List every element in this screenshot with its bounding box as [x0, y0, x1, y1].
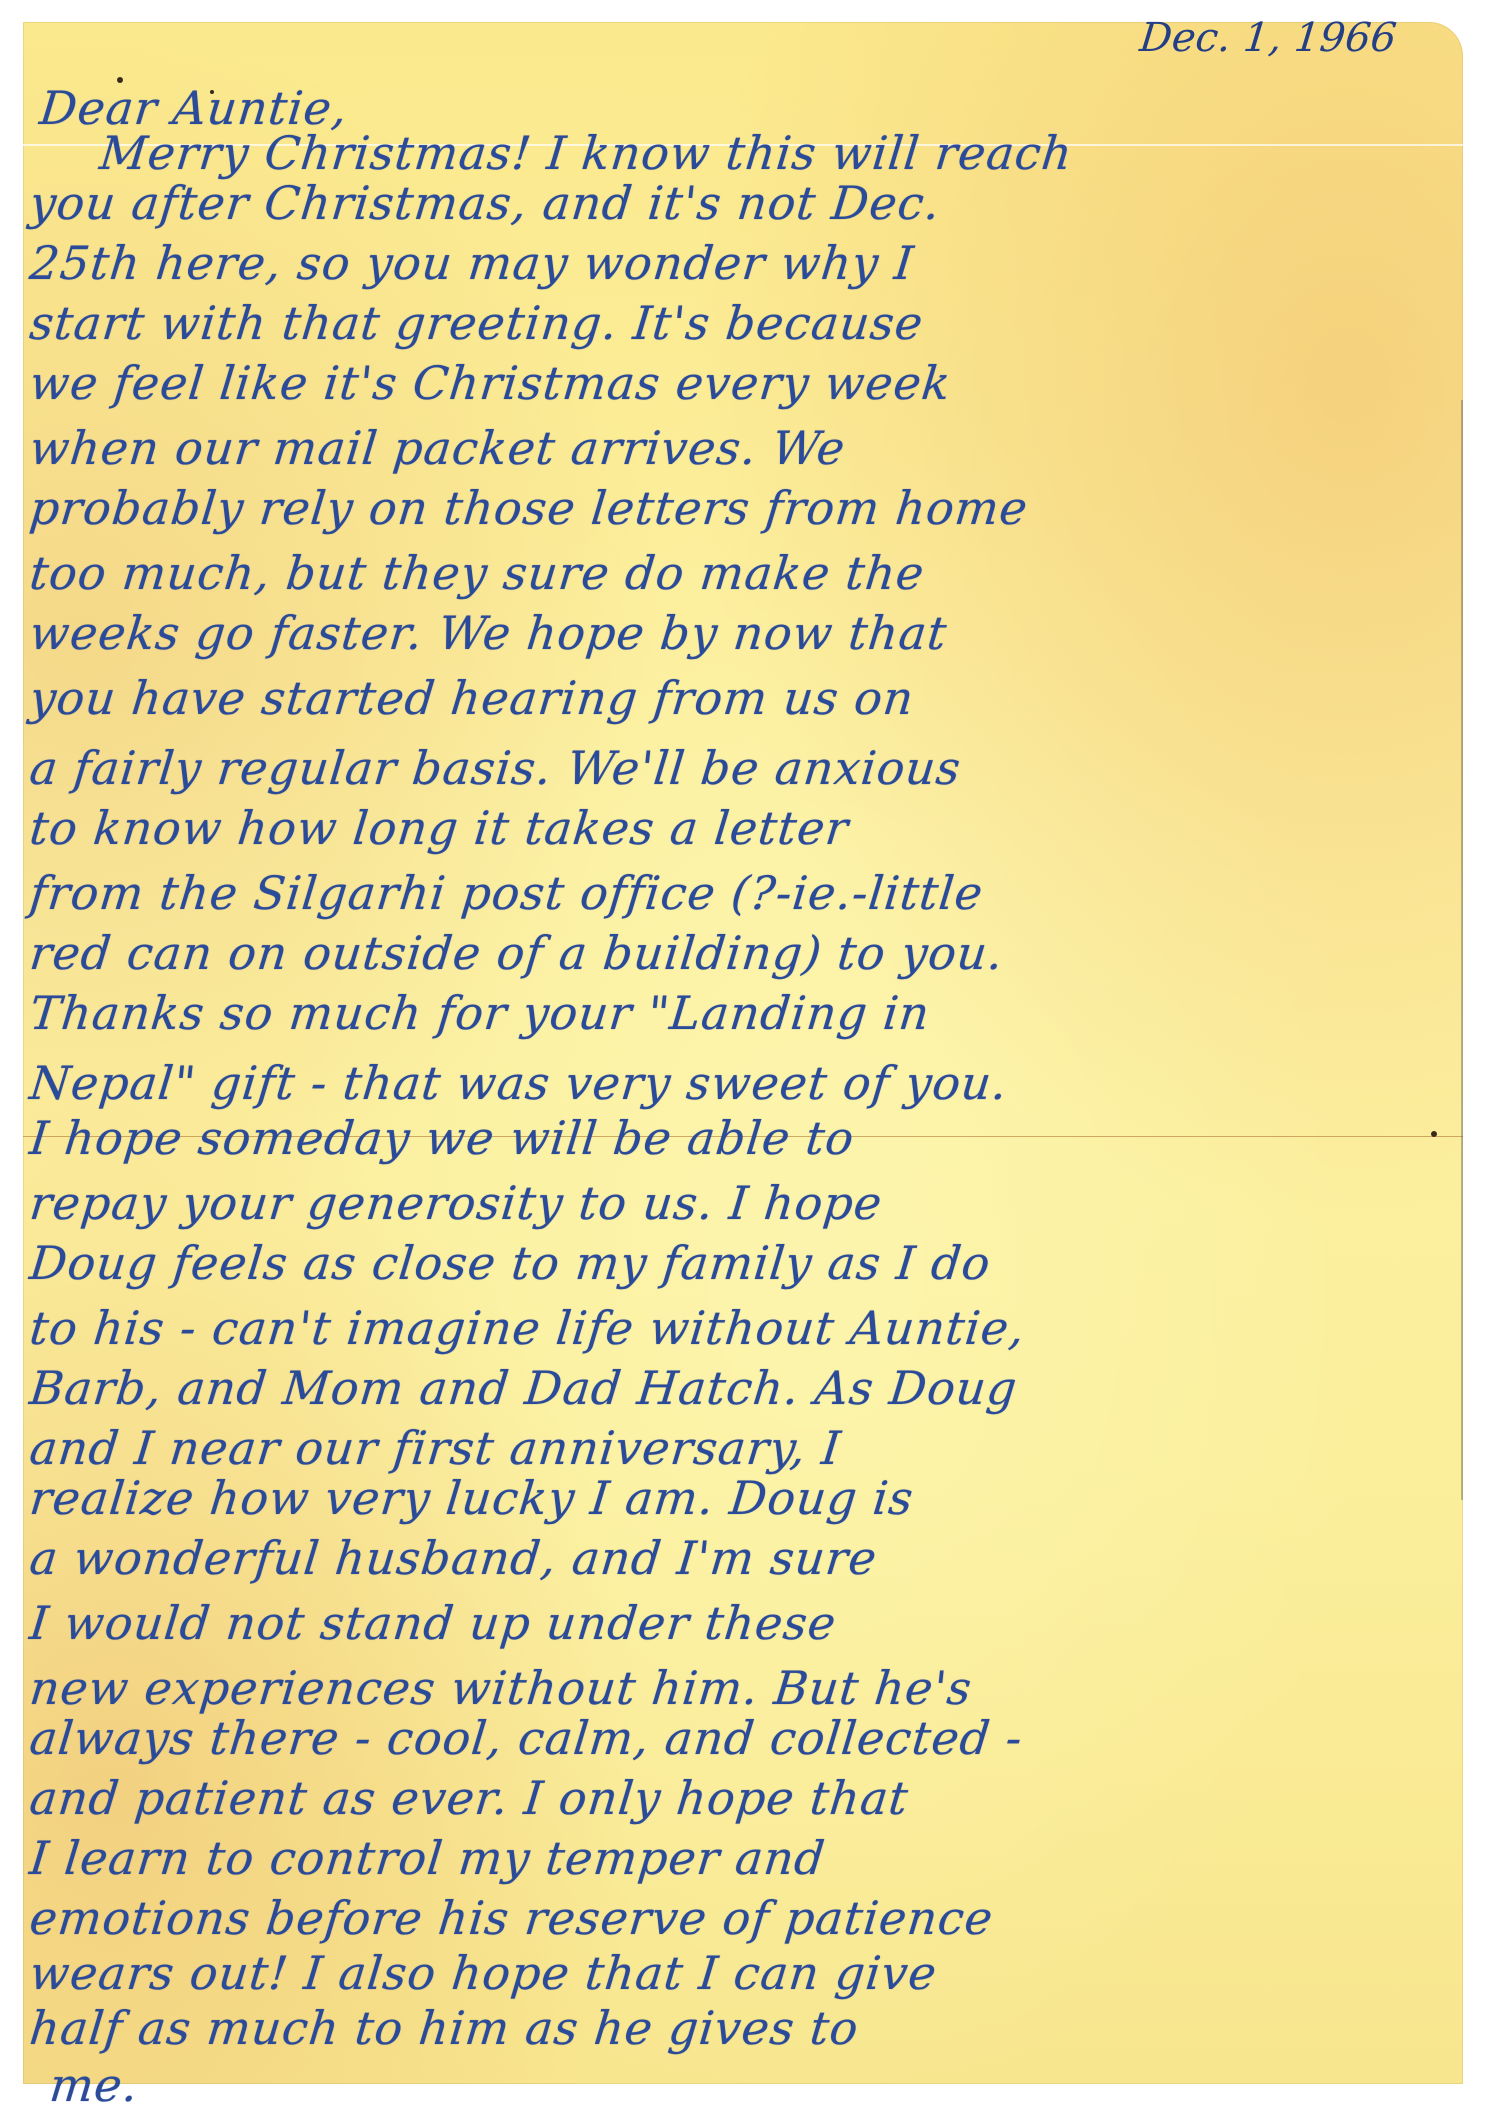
paper-edge-shadow: [1461, 400, 1463, 1500]
letter-line: probably rely on those letters from home: [28, 485, 1031, 531]
letter-line: from the Silgarhi post office (?-ie.-lit…: [28, 870, 986, 916]
letter-line: me.: [48, 2062, 141, 2106]
letter-line: and I near our first anniversary, I: [28, 1425, 844, 1471]
letter-line: you have started hearing from us on: [28, 675, 917, 721]
letter-line: you after Christmas, and it's not Dec.: [28, 180, 943, 226]
letter-line: weeks go faster. We hope by now that: [28, 610, 950, 656]
letter-line: when our mail packet arrives. We: [28, 425, 848, 471]
letter-line: and patient as ever. I only hope that: [28, 1775, 911, 1821]
letter-line: Merry Christmas! I know this will reach: [98, 130, 1075, 176]
letter-line: 25th here, so you may wonder why I: [28, 240, 917, 286]
letter-line: I hope someday we will be able to: [28, 1115, 857, 1161]
letter-line: red can on outside of a building) to you…: [28, 930, 1006, 976]
letter-line: we feel like it's Christmas every week: [28, 360, 954, 406]
letter-line: I learn to control my temper and: [28, 1835, 828, 1881]
letter-line: Doug feels as close to my family as I do: [28, 1240, 994, 1286]
letter-line: realize how very lucky I am. Doug is: [28, 1475, 916, 1521]
letter-line: always there - cool, calm, and collected…: [28, 1715, 1026, 1761]
letter-line: to his - can't imagine life without Aunt…: [28, 1305, 1028, 1351]
letter-line: Nepal" gift - that was very sweet of you…: [28, 1060, 1010, 1106]
letter-line: new experiences without him. But he's: [28, 1665, 975, 1711]
letter-line: emotions before his reserve of patience: [28, 1895, 996, 1941]
letter-line: Barb, and Mom and Dad Hatch. As Doug: [28, 1365, 1020, 1411]
letter-date: Dec. 1, 1966: [1138, 18, 1398, 58]
letter-line: wears out! I also hope that I can give: [28, 1950, 940, 1996]
ink-spot: [1431, 1131, 1437, 1137]
letter-line: a wonderful husband, and I'm sure: [28, 1535, 880, 1581]
letter-line: half as much to him as he gives to: [28, 2005, 861, 2051]
letter-line: a fairly regular basis. We'll be anxious: [28, 745, 964, 791]
letter-line: I would not stand up under these: [28, 1600, 839, 1646]
letter-line: too much, but they sure do make the: [28, 550, 927, 596]
letter-line: start with that greeting. It's because: [28, 300, 926, 346]
letter-line: Thanks so much for your "Landing in: [28, 990, 933, 1036]
letter-salutation: Dear Auntie,: [38, 85, 350, 131]
letter-line: to know how long it takes a letter: [28, 805, 851, 851]
letter-line: repay your generosity to us. I hope: [28, 1180, 885, 1226]
